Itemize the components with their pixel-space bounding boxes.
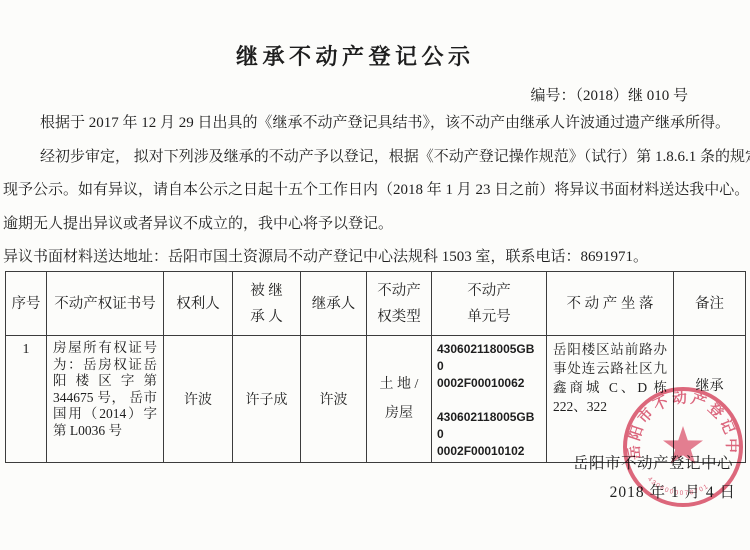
body-line-2: 经初步审定， 拟对下列涉及继承的不动产予以登记，根据《不动产登记操作规范》（试行… xyxy=(3,141,742,175)
official-seal: 岳阳市不动产登记中心 4306000078701 xyxy=(620,384,746,510)
cell-right-type: 土 地 / 房屋 xyxy=(367,336,432,463)
col-header-note: 备注 xyxy=(674,272,746,336)
table-header-row: 序号 不动产权证书号 权利人 被 继 承 人 继承人 不动产 权类型 不动产 单… xyxy=(6,272,746,336)
col-header-cert-no: 不动产权证书号 xyxy=(47,272,164,336)
body-line-5: 异议书面材料送达地址：岳阳市国土资源局不动产登记中心法规科 1503 室，联系电… xyxy=(3,241,742,275)
notice-document: 继 承 不 动 产 登 记 公 示 编号：（2018）继 010 号 根据于 2… xyxy=(0,0,750,550)
doc-number: 编号：（2018）继 010 号 xyxy=(530,84,688,105)
cell-holder: 许波 xyxy=(164,336,233,463)
col-header-seq: 序号 xyxy=(6,272,47,336)
col-header-heir: 继承人 xyxy=(301,272,367,336)
page-title: 继 承 不 动 产 登 记 公 示 xyxy=(0,40,706,71)
cell-decedent: 许子成 xyxy=(233,336,301,463)
body-line-4: 逾期无人提出异议或者异议不成立的，我中心将予以登记。 xyxy=(3,208,742,242)
col-header-unit-no: 不动产 单元号 xyxy=(432,272,547,336)
col-header-holder: 权利人 xyxy=(164,272,233,336)
col-header-location: 不 动 产 坐 落 xyxy=(547,272,674,336)
cell-cert-no: 房屋所有权证号为：岳房权证岳阳楼区字第 344675 号， 岳市国用（2014）… xyxy=(47,336,164,463)
cell-heir: 许波 xyxy=(301,336,367,463)
seal-serial: 4306000078701 xyxy=(646,476,711,497)
col-header-right-type: 不动产 权类型 xyxy=(367,272,432,336)
seal-star-icon xyxy=(663,426,703,464)
body-line-1: 根据于 2017 年 12 月 29 日出具的《继承不动产登记具结书》，该不动产… xyxy=(3,107,742,141)
cell-seq: 1 xyxy=(6,336,47,463)
col-header-decedent: 被 继 承 人 xyxy=(233,272,301,336)
cell-unit-no: 430602118005GB0 0002F00010062 4306021180… xyxy=(432,336,547,463)
body-line-3: 现予公示。如有异议，请自本公示之日起十五个工作日内（2018 年 1 月 23 … xyxy=(3,174,742,208)
notice-body: 根据于 2017 年 12 月 29 日出具的《继承不动产登记具结书》，该不动产… xyxy=(3,107,742,275)
